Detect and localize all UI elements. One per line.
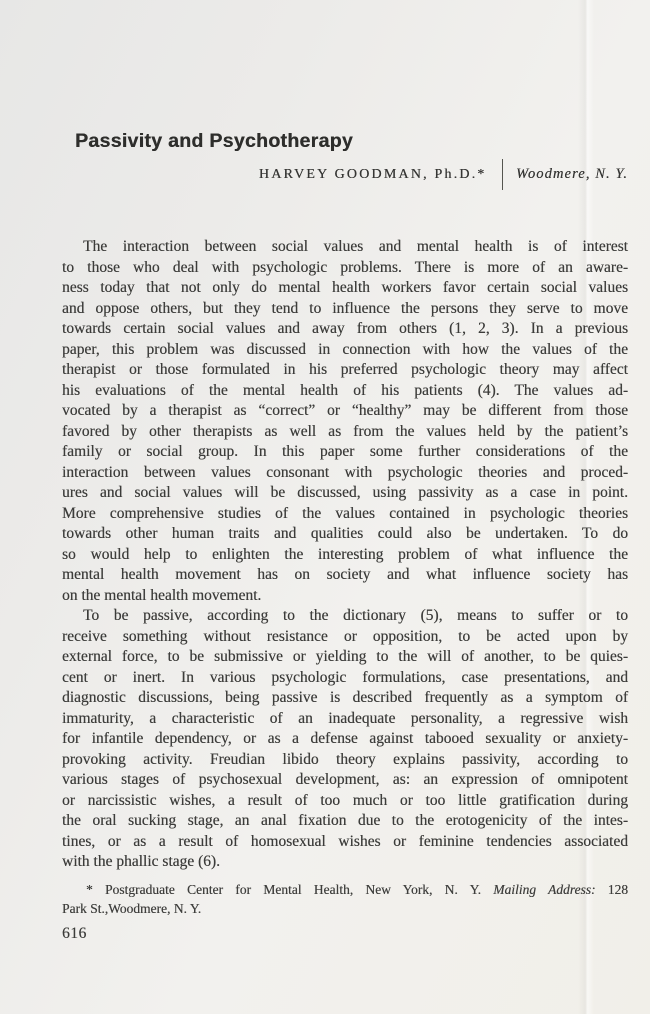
text-line: tines, or as a result of homosexual wish… <box>62 832 628 853</box>
article-title: Passivity and Psychotherapy <box>75 129 353 153</box>
article-body: The interaction between social values an… <box>62 237 628 943</box>
footnote-line-1: * Postgraduate Center for Mental Health,… <box>62 880 628 900</box>
text-line: ness today that not only do mental healt… <box>62 278 628 299</box>
text-line: to those who deal with psychologic probl… <box>62 258 628 279</box>
footnote-line-2: Park St.,Woodmere, N. Y. <box>62 899 628 919</box>
text-line: or narcissistic wishes, a result of too … <box>62 791 628 812</box>
text-line: The interaction between social values an… <box>62 237 628 258</box>
text-line: on the mental health movement. <box>62 586 628 607</box>
text-line: external force, to be submissive or yiel… <box>62 647 628 668</box>
text-line: mental health movement has on society an… <box>62 565 628 586</box>
text-line: receive something without resistance or … <box>62 627 628 648</box>
text-line: and oppose others, but they tend to infl… <box>62 299 628 320</box>
text-line: with the phallic stage (6). <box>62 852 628 873</box>
byline: HARVEY GOODMAN, Ph.D.* Woodmere, N. Y. <box>62 159 628 190</box>
text-line: provoking activity. Freudian libido theo… <box>62 750 628 771</box>
text-line: diagnostic discussions, being passive is… <box>62 688 628 709</box>
author-location: Woodmere, N. Y. <box>516 166 628 183</box>
footnote: * Postgraduate Center for Mental Health,… <box>62 880 628 919</box>
text-line: immaturity, a characteristic of an inade… <box>62 709 628 730</box>
page-number: 616 <box>62 925 628 943</box>
text-line: cent or inert. In various psychologic fo… <box>62 668 628 689</box>
text-line: ures and social values will be discussed… <box>62 483 628 504</box>
body-paragraphs: The interaction between social values an… <box>62 237 628 873</box>
text-line: so would help to enlighten the interesti… <box>62 545 628 566</box>
byline-divider <box>502 159 504 190</box>
text-line: the oral sucking stage, an anal fixation… <box>62 811 628 832</box>
text-line: his evaluations of the mental health of … <box>62 381 628 402</box>
author-name: HARVEY GOODMAN, Ph.D.* <box>259 167 487 183</box>
text-line: various stages of psychosexual developme… <box>62 770 628 791</box>
text-line: family or social group. In this paper so… <box>62 442 628 463</box>
text-line: More comprehensive studies of the values… <box>62 504 628 525</box>
text-line: paper, this problem was discussed in con… <box>62 340 628 361</box>
text-line: towards other human traits and qualities… <box>62 524 628 545</box>
footnote-text-tail: 128 <box>595 882 628 897</box>
text-line: therapist or those formulated in his pre… <box>62 360 628 381</box>
footnote-mailing-address-label: Mailing Address: <box>493 882 595 897</box>
text-line: interaction between values consonant wit… <box>62 463 628 484</box>
text-line: vocated by a therapist as “correct” or “… <box>62 401 628 422</box>
text-line: for infantile dependency, or as a defens… <box>62 729 628 750</box>
text-line: favored by other therapists as well as f… <box>62 422 628 443</box>
footnote-text: * Postgraduate Center for Mental Health,… <box>86 882 493 897</box>
scanned-paper-page: Passivity and Psychotherapy HARVEY GOODM… <box>0 0 650 1014</box>
text-line: towards certain social values and away f… <box>62 319 628 340</box>
text-line: To be passive, according to the dictiona… <box>62 606 628 627</box>
